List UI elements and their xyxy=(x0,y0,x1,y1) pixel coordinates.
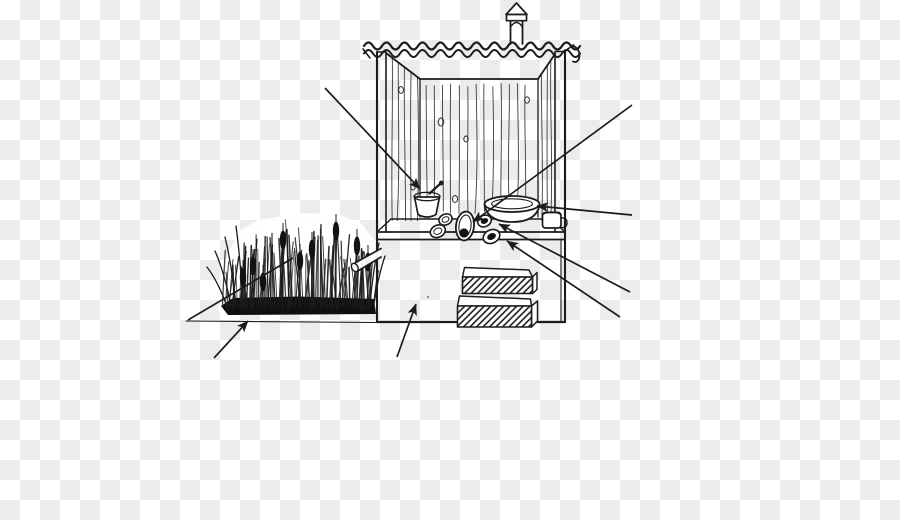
cup xyxy=(543,212,568,228)
reed-blade xyxy=(270,250,271,306)
wood-grain-line xyxy=(411,72,412,221)
callout-squat-hole xyxy=(473,105,632,222)
wood-grain-line xyxy=(525,85,526,213)
cattail-head xyxy=(280,231,286,250)
step-bottom xyxy=(458,296,538,327)
reed-blade xyxy=(349,267,350,305)
wood-grain-line xyxy=(397,63,399,221)
callout-dipper-bucket xyxy=(325,88,420,189)
wood-grain-line xyxy=(484,84,485,212)
wood-grain-line xyxy=(547,65,548,221)
wood-plank-walls xyxy=(386,53,555,221)
wood-grain-line xyxy=(517,83,518,213)
right-post xyxy=(555,51,565,322)
cattail-head xyxy=(297,252,303,271)
transparency-checker-background xyxy=(0,0,900,520)
vent-pipe xyxy=(510,21,523,44)
wood-grain-line xyxy=(467,86,468,211)
cattail-head xyxy=(354,237,360,256)
wood-grain-line xyxy=(392,58,393,221)
hole-cover xyxy=(481,227,502,246)
callout-bed-edge xyxy=(214,321,248,358)
wood-grain-line xyxy=(492,86,494,213)
cattail-head xyxy=(309,240,315,259)
wood-grain-line xyxy=(459,85,460,213)
wash-basin xyxy=(485,196,540,222)
squat-hole xyxy=(454,211,475,242)
step-top xyxy=(463,268,538,294)
corrugated-roof xyxy=(363,43,580,63)
cattail-head xyxy=(333,222,339,241)
wood-grain-line xyxy=(551,59,552,221)
outhouse-structure xyxy=(350,3,580,327)
latrine-diagram xyxy=(0,0,900,520)
ground-line xyxy=(186,321,378,323)
wood-grain-line xyxy=(541,74,542,221)
wood-grain-line xyxy=(442,85,443,212)
vent-cap xyxy=(506,3,527,21)
wood-grain-line xyxy=(426,85,427,212)
wood-grain-line xyxy=(508,84,509,212)
cattail-head xyxy=(240,268,246,287)
wood-grain-line xyxy=(404,68,405,221)
callout-base-plinth xyxy=(397,304,416,357)
steps xyxy=(458,268,538,328)
cattail-head xyxy=(250,257,256,276)
wood-grain-line xyxy=(475,84,477,214)
wood-grain-line xyxy=(501,83,502,214)
